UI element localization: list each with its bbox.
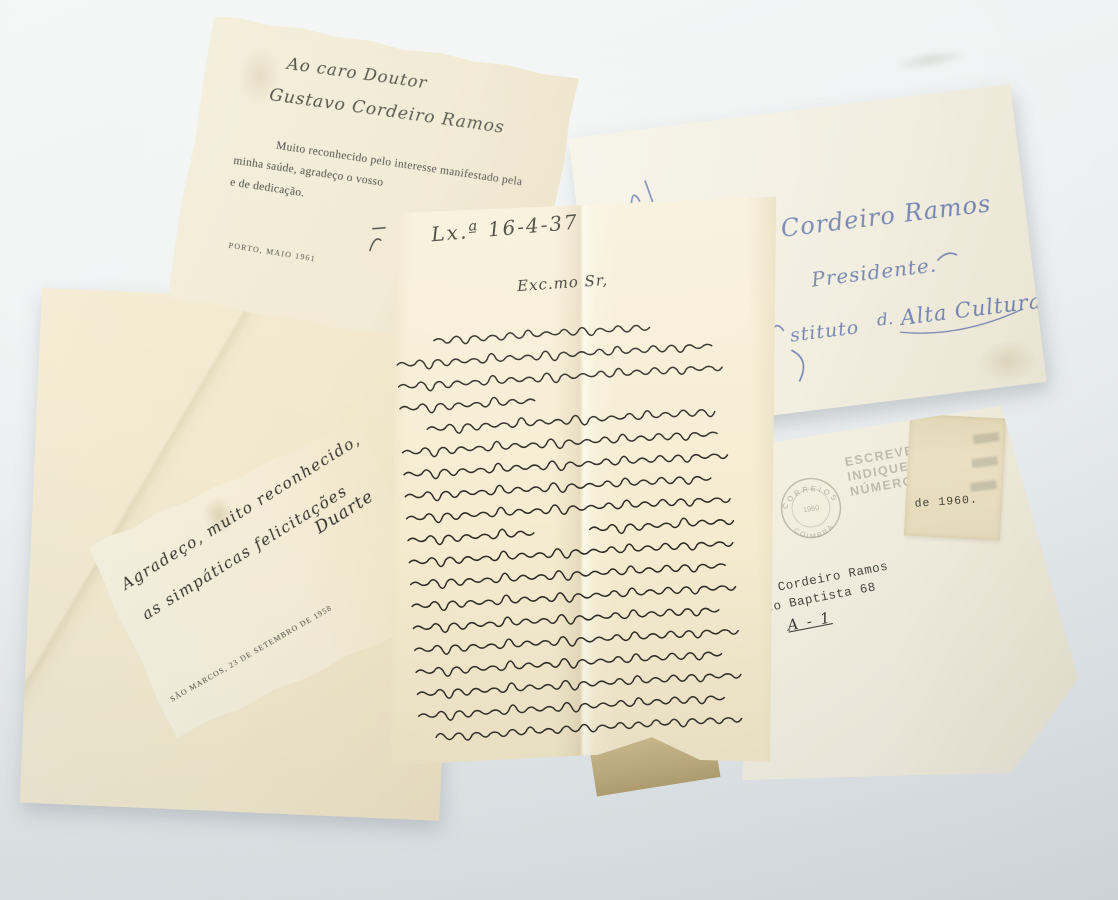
tape-label: de 1960.: [904, 414, 1006, 541]
letter-1937: Lx.ª 16-4-37 Exc.mo Sr,: [385, 192, 777, 777]
letter-body-cursive-script: [393, 318, 773, 763]
card-dedication-line2: Gustavo Cordeiro Ramos: [268, 85, 506, 138]
background-smudge: [892, 46, 968, 73]
address-name: Cordeiro Ramos: [779, 189, 992, 243]
letter-salutation: Exc.mo Sr,: [516, 271, 608, 295]
envelope-corner-wear: [976, 337, 1041, 386]
envelope-bottom-right: ESCREVER INDIQUE NÚMERO CORREIOS COIMBRA…: [735, 398, 1085, 788]
postmark-circle: CORREIOS COIMBRA 1960: [764, 461, 859, 556]
address-institute-fragment: stituto: [789, 316, 861, 346]
address-title: Presidente.: [809, 252, 938, 291]
photo-of-correspondence: Cordeiro Ramos Presidente. stituto d. Al…: [0, 0, 1118, 900]
typed-address-block: Cordeiro Ramos to Baptista 68 A - 1: [761, 560, 897, 638]
tape-label-text: de 1960.: [914, 493, 978, 510]
svg-text:COIMBRA: COIMBRA: [792, 522, 838, 543]
stamp-overprint-1: [973, 432, 1000, 444]
address-alta-cultura: Alta Cultura: [897, 289, 1043, 330]
card-dedication-line1: Ao caro Doutor: [286, 54, 429, 93]
postmark-bottom-text: COIMBRA: [792, 522, 838, 543]
stamp-overprint-3: [970, 480, 997, 492]
signature-ink-mark: [365, 220, 391, 257]
address-de: d.: [876, 309, 895, 331]
postmark-year: 1960: [802, 503, 819, 514]
card-place-date: PORTO, MAIO 1961: [228, 241, 316, 264]
stamp-overprint-2: [971, 456, 998, 468]
letter-place-date: Lx.ª 16-4-37: [430, 210, 579, 247]
